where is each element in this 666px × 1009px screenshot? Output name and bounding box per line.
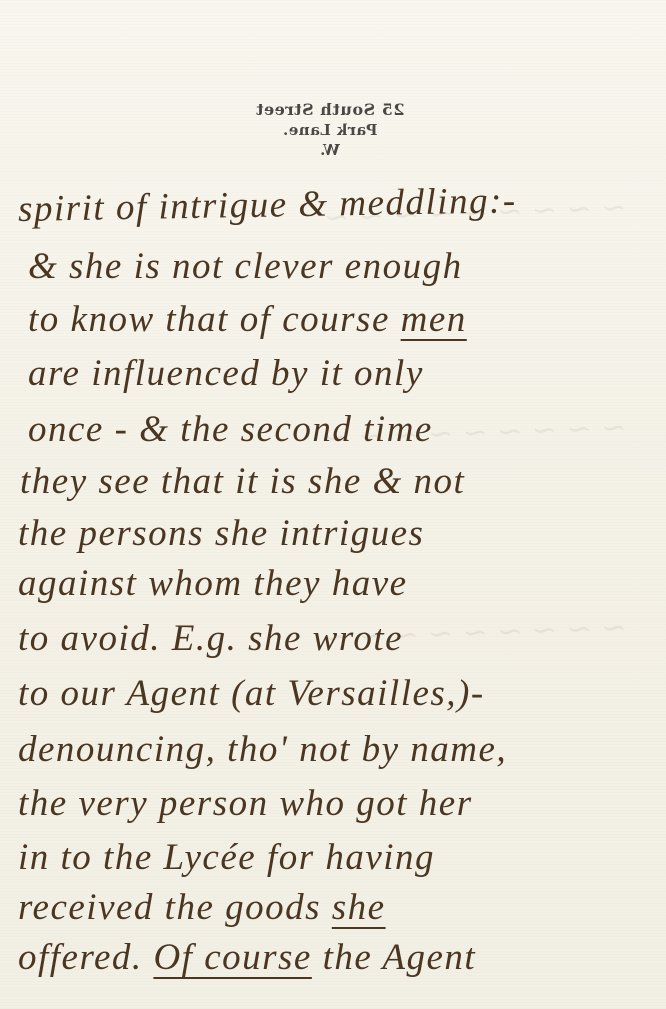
handwritten-line: the persons she intrigues [18, 512, 424, 555]
handwritten-line: received the goods she [18, 886, 386, 929]
handwritten-line: & she is not clever enough [28, 245, 463, 288]
handwritten-line: to avoid. E.g. she wrote [18, 617, 403, 660]
handwritten-line: denouncing, tho' not by name, [18, 728, 507, 771]
letterhead-postal: W. [240, 140, 420, 160]
handwritten-line: once - & the second time [28, 408, 433, 451]
handwritten-line: spirit of intrigue & meddling:- [18, 179, 517, 231]
handwritten-line: they see that it is she & not [20, 460, 465, 503]
handwritten-line: are influenced by it only [28, 352, 424, 395]
letterhead-street: 25 South Street [240, 100, 420, 120]
handwritten-line: in to the Lycée for having [18, 836, 435, 879]
handwritten-line: to know that of course men [28, 298, 467, 341]
handwritten-line: against whom they have [18, 562, 408, 605]
letterhead-area: Park Lane. [240, 120, 420, 140]
handwritten-line: the very person who got her [18, 782, 473, 825]
letterhead-emboss: 25 South Street Park Lane. W. [240, 100, 420, 160]
handwritten-line: to our Agent (at Versailles,)- [18, 672, 485, 715]
handwritten-line: offered. Of course the Agent [18, 936, 476, 979]
